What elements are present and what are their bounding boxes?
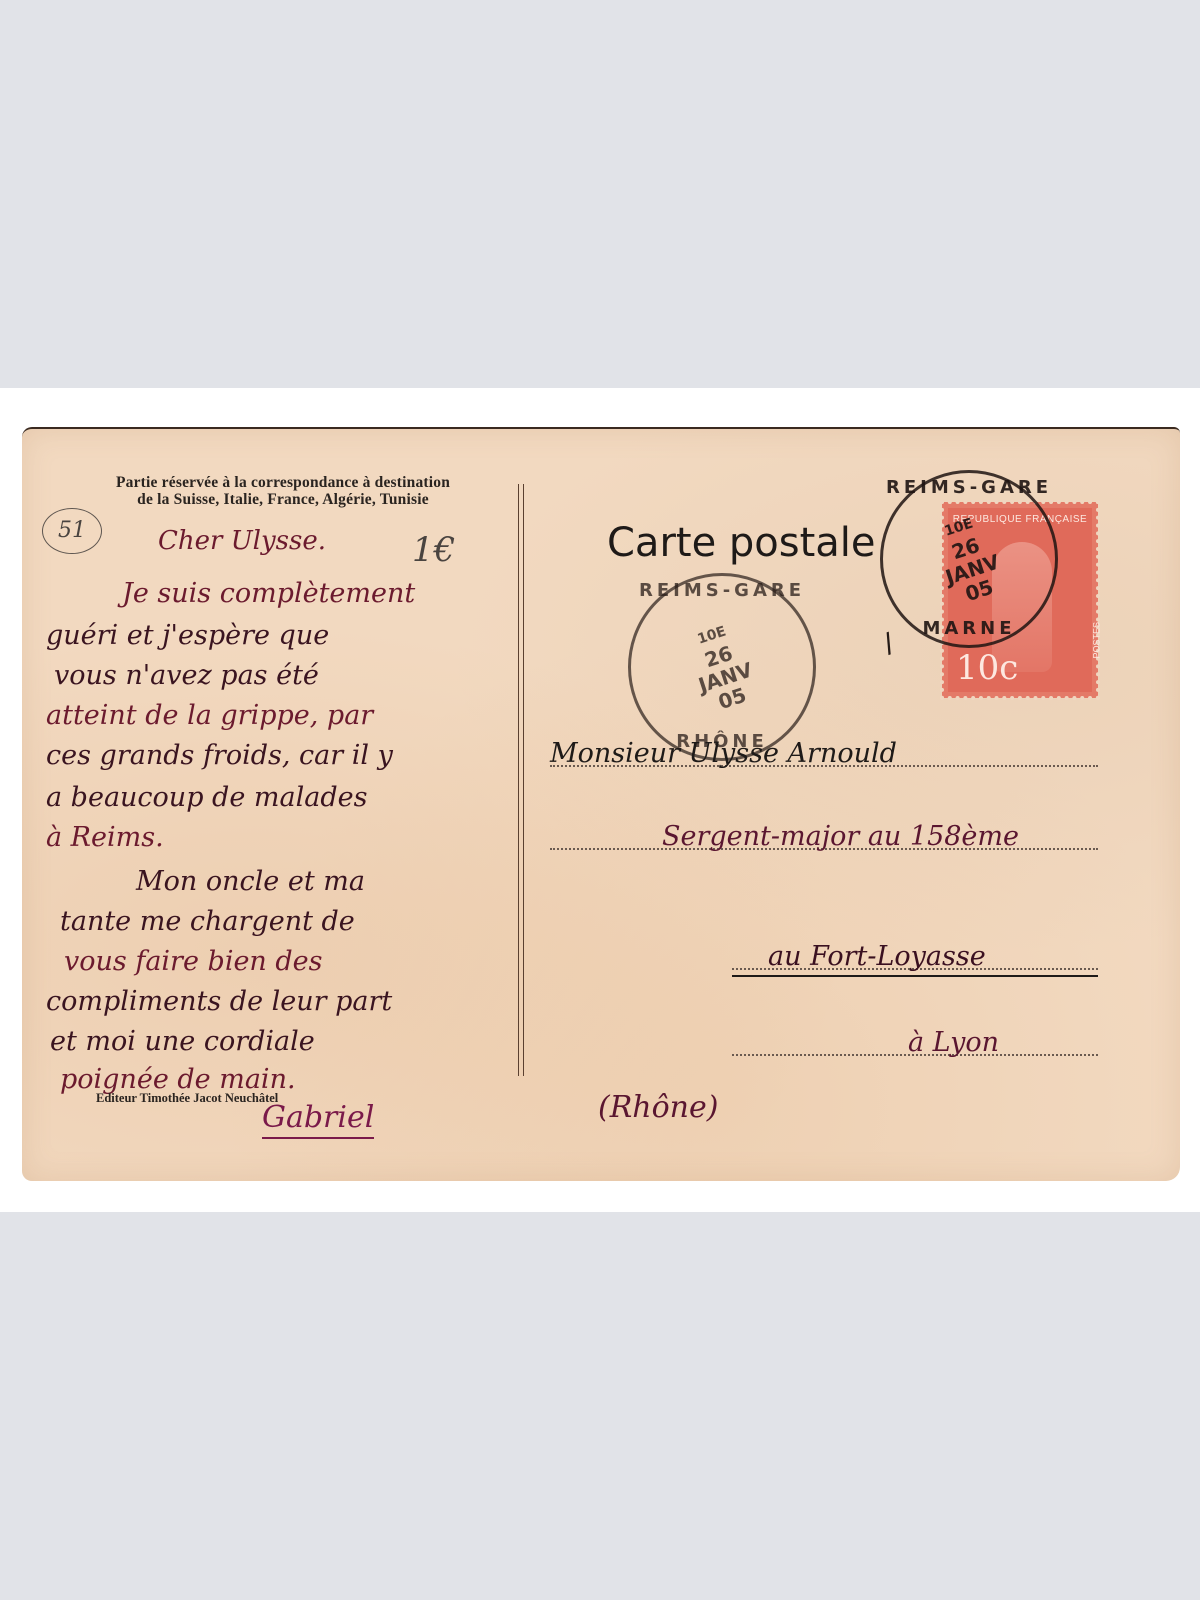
address-rule (732, 975, 1098, 977)
recipient-region: (Rhône) (598, 1090, 718, 1125)
recipient-location: au Fort-Loyasse (768, 941, 986, 972)
letter-line: Mon oncle et ma (136, 866, 365, 897)
stamp-side-text: POSTES (1092, 622, 1102, 659)
postmark-ring-top: REIMS-GARE (631, 580, 813, 601)
center-divider (518, 484, 524, 1076)
letter-line: ces grands froids, car il y (46, 740, 393, 771)
address-line-3: au Fort-Loyasse (732, 938, 1098, 970)
letter-line: compliments de leur part (46, 986, 392, 1017)
publisher-imprint: Editeur Timothée Jacot Neuchâtel (96, 1091, 278, 1106)
stamp-value: 10c (956, 648, 1018, 688)
price-mark: 1€ (412, 530, 455, 570)
address-line-4: à Lyon (732, 1024, 1098, 1056)
postmark-address-side: REIMS-GARE 10E 26 JANV 05 RHÔNE (628, 573, 816, 761)
letter-line: vous n'avez pas été (54, 660, 319, 691)
letter-line: vous faire bien des (64, 946, 323, 977)
letter-line: à Reims. (46, 822, 164, 853)
recipient-city: à Lyon (908, 1027, 999, 1058)
header-line-1: Partie réservée à la correspondance à de… (48, 474, 518, 491)
header-line-2: de la Suisse, Italie, France, Algérie, T… (48, 491, 518, 508)
letter-line: guéri et j'espère que (46, 620, 329, 651)
letter-line: a beaucoup de malades (46, 782, 367, 813)
reference-number: 51 (42, 508, 102, 554)
correspondence-header: Partie réservée à la correspondance à de… (48, 474, 518, 508)
recipient-rank: Sergent-major au 158ème (662, 821, 1019, 852)
address-line-1: Monsieur Ulysse Arnould (550, 735, 1098, 767)
postmark-stamp-cancel: REIMS-GARE 10E 26 JANV 05 MARNE (880, 470, 1058, 648)
address-line-2: Sergent-major au 158ème (550, 818, 1098, 850)
postmark-ring-top: REIMS-GARE (883, 477, 1055, 498)
recipient-name: Monsieur Ulysse Arnould (550, 738, 897, 769)
letter-salutation: Cher Ulysse. (158, 526, 326, 556)
signature: Gabriel (262, 1100, 374, 1139)
letter-line: et moi une cordiale (50, 1026, 315, 1057)
letter-line: atteint de la grippe, par (46, 700, 373, 731)
postmark-ring-bottom: MARNE (883, 618, 1055, 639)
card-title: Carte postale (607, 520, 876, 566)
letter-line: Je suis complètement (122, 578, 415, 609)
letter-line: tante me chargent de (60, 906, 355, 937)
